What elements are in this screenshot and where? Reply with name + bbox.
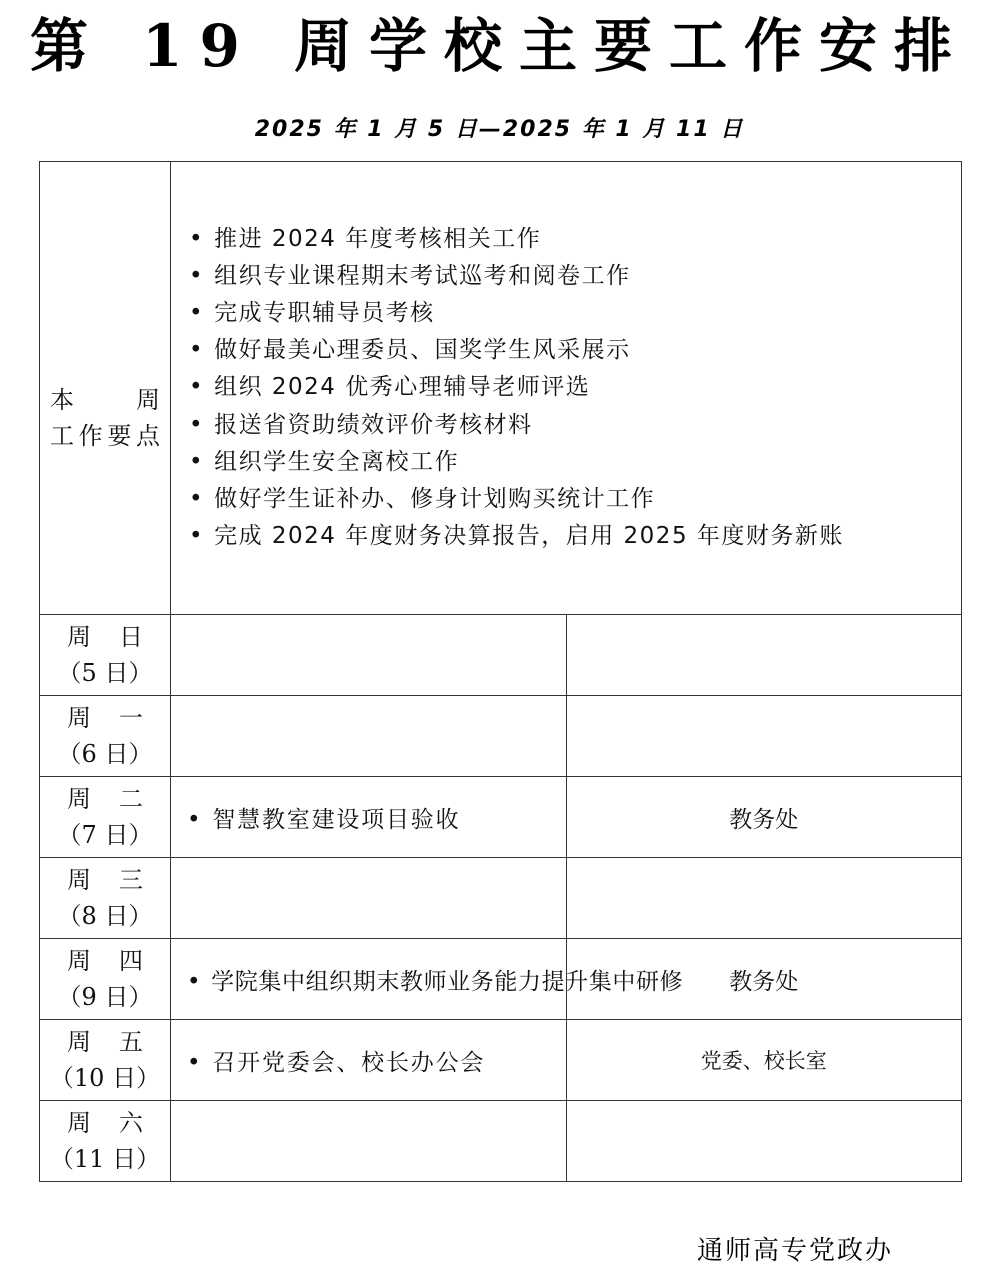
task-cell: 召开党委会、校长办公会 xyxy=(171,1020,567,1101)
day-date: （9 日） xyxy=(58,979,153,1015)
week-char: 周 xyxy=(67,1105,91,1141)
day-row-sunday: 周日（5 日） xyxy=(40,615,962,696)
page-title: 第 19 周学校主要工作安排 xyxy=(0,8,999,84)
focus-point: 做好学生证补办、修身计划购买统计工作 xyxy=(189,481,961,518)
day-row-wednesday: 周三（8 日） xyxy=(40,858,962,939)
week-char: 周 xyxy=(67,700,91,736)
week-char: 周 xyxy=(67,781,91,817)
day-char: 四 xyxy=(119,943,143,979)
focus-label-left: 本 xyxy=(50,382,74,418)
day-label-cell: 周三（8 日） xyxy=(40,858,171,939)
issuer-signature: 通师高专党政办 xyxy=(697,1230,893,1267)
day-label-cell: 周日（5 日） xyxy=(40,615,171,696)
focus-label-right: 周 xyxy=(136,382,160,418)
day-label-cell: 周四（9 日） xyxy=(40,939,171,1020)
dept-cell: 党委、校长室 xyxy=(566,1020,962,1101)
week-char: 周 xyxy=(67,862,91,898)
day-row-friday: 周五（10 日） 召开党委会、校长办公会 党委、校长室 xyxy=(40,1020,962,1101)
week-char: 周 xyxy=(67,943,91,979)
day-date: （7 日） xyxy=(58,817,153,853)
day-label-cell: 周六（11 日） xyxy=(40,1101,171,1182)
day-row-tuesday: 周二（7 日） 智慧教室建设项目验收 教务处 xyxy=(40,777,962,858)
dept-cell: 教务处 xyxy=(566,777,962,858)
task-cell xyxy=(171,1101,567,1182)
focus-point: 组织学生安全离校工作 xyxy=(189,444,961,481)
week-char: 周 xyxy=(67,619,91,655)
day-char: 一 xyxy=(119,700,143,736)
dept-cell xyxy=(566,858,962,939)
date-range: 2025 年 1 月 5 日—2025 年 1 月 11 日 xyxy=(0,113,999,147)
day-label-cell: 周二（7 日） xyxy=(40,777,171,858)
focus-point: 推进 2024 年度考核相关工作 xyxy=(189,221,961,258)
focus-point: 组织 2024 优秀心理辅导老师评选 xyxy=(189,369,961,406)
task-text: 智慧教室建设项目验收 xyxy=(171,801,566,834)
day-date: （5 日） xyxy=(58,655,153,691)
dept-cell xyxy=(566,1101,962,1182)
day-row-thursday: 周四（9 日） 学院集中组织期末教师业务能力提升集中研修 教务处 xyxy=(40,939,962,1020)
task-text: 召开党委会、校长办公会 xyxy=(171,1044,566,1077)
task-cell xyxy=(171,615,567,696)
dept-cell xyxy=(566,696,962,777)
focus-point: 完成 2024 年度财务决算报告，启用 2025 年度财务新账 xyxy=(189,518,961,555)
task-cell: 学院集中组织期末教师业务能力提升集中研修 xyxy=(171,939,567,1020)
day-date: （6 日） xyxy=(58,736,153,772)
task-text: 学院集中组织期末教师业务能力提升集中研修 xyxy=(171,963,566,996)
focus-point: 做好最美心理委员、国奖学生风采展示 xyxy=(189,332,961,369)
focus-point: 组织专业课程期末考试巡考和阅卷工作 xyxy=(189,258,961,295)
task-cell: 智慧教室建设项目验收 xyxy=(171,777,567,858)
dept-cell xyxy=(566,615,962,696)
day-char: 三 xyxy=(119,862,143,898)
schedule-table: 本 周 工作要点 推进 2024 年度考核相关工作 组织专业课程期末考试巡考和阅… xyxy=(39,161,962,1182)
day-row-saturday: 周六（11 日） xyxy=(40,1101,962,1182)
weekly-focus-label-cell: 本 周 工作要点 xyxy=(40,162,171,615)
focus-point: 报送省资助绩效评价考核材料 xyxy=(189,407,961,444)
day-date: （10 日） xyxy=(50,1060,160,1096)
weekly-focus-points-cell: 推进 2024 年度考核相关工作 组织专业课程期末考试巡考和阅卷工作 完成专职辅… xyxy=(171,162,962,615)
day-char: 六 xyxy=(119,1105,143,1141)
day-date: （11 日） xyxy=(50,1141,160,1177)
week-char: 周 xyxy=(67,1024,91,1060)
day-char: 日 xyxy=(119,619,143,655)
day-char: 五 xyxy=(119,1024,143,1060)
task-cell xyxy=(171,858,567,939)
day-label-cell: 周五（10 日） xyxy=(40,1020,171,1101)
day-char: 二 xyxy=(119,781,143,817)
weekly-focus-list: 推进 2024 年度考核相关工作 组织专业课程期末考试巡考和阅卷工作 完成专职辅… xyxy=(171,221,961,556)
task-cell xyxy=(171,696,567,777)
weekly-focus-row: 本 周 工作要点 推进 2024 年度考核相关工作 组织专业课程期末考试巡考和阅… xyxy=(40,162,962,615)
day-label-cell: 周一（6 日） xyxy=(40,696,171,777)
day-row-monday: 周一（6 日） xyxy=(40,696,962,777)
focus-label-line2: 工作要点 xyxy=(50,418,160,454)
focus-point: 完成专职辅导员考核 xyxy=(189,295,961,332)
day-date: （8 日） xyxy=(58,898,153,934)
